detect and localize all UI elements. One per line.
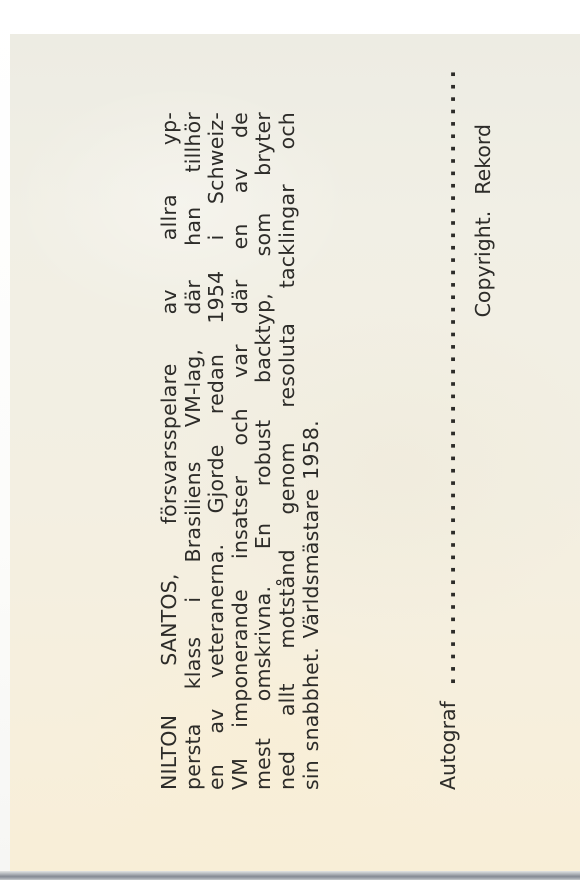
- description-line: sin snabbhet. Världsmästare 1958.: [300, 112, 324, 790]
- description-line: VM imponerande insatser och var där en a…: [229, 112, 253, 790]
- signature-dotted-line: ........................................…: [436, 66, 460, 685]
- description-line: NILTON SANTOS, försvarsspelare av allra …: [158, 112, 182, 790]
- player-description: NILTON SANTOS, försvarsspelare av allra …: [158, 112, 323, 790]
- scanned-card-photo: NILTON SANTOS, försvarsspelare av allra …: [0, 0, 580, 880]
- description-line: en av veteranerna. Gjorde redan 1954 i S…: [205, 112, 229, 790]
- description-line: persta klass i Brasiliens VM-lag, där ha…: [182, 112, 206, 790]
- scan-edge-shadow: [0, 871, 580, 880]
- autograf-label: Autograf: [436, 701, 460, 790]
- description-line: ned allt motstånd genom resoluta tacklin…: [276, 112, 300, 790]
- rotated-text-block: NILTON SANTOS, försvarsspelare av allra …: [158, 112, 495, 790]
- autograf-line: Autograf................................…: [436, 112, 460, 790]
- description-line: mest omskrivna. En robust backtyp, som b…: [252, 112, 276, 790]
- copyright-label: Copyright.: [471, 211, 495, 318]
- copyright-line: Copyright.Rekord: [471, 112, 495, 790]
- brand-name: Rekord: [471, 124, 495, 195]
